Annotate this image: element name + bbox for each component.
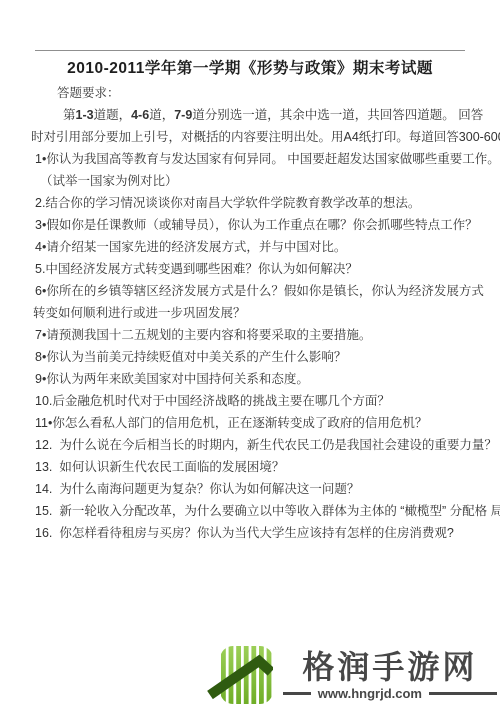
requirements-label: 答题要求： xyxy=(57,82,500,104)
question-line: 7•请预测我国十二五规划的主要内容和将要采取的主要措施。 xyxy=(35,324,500,346)
question-line: 1•你认为我国高等教育与发达国家有何异同。 中国要赶超发达国家做哪些重要工作。 xyxy=(35,148,500,170)
question-line: 10.后金融危机时代对于中国经济战略的挑战主要在哪几个方面？ xyxy=(35,390,500,412)
question-line: 13. 如何认识新生代农民工面临的发展困境？ xyxy=(35,456,500,478)
site-url-row: www.hngrjd.com xyxy=(283,686,497,701)
question-line: 8•你认为当前美元持续贬值对中美关系的产生什么影响？ xyxy=(35,346,500,368)
question-line: 5.中国经济发展方式转变遇到哪些困难？你认为如何解决？ xyxy=(35,258,500,280)
striped-house-logo-icon xyxy=(207,644,273,706)
requirement-line: 第1-3道题，4-6道，7-9道分别选一道，其余中选一道，共回答四道题。 回答 xyxy=(63,104,500,126)
question-list: 答题要求：第1-3道题，4-6道，7-9道分别选一道，其余中选一道，共回答四道题… xyxy=(31,82,500,544)
site-name: 格润手游网 xyxy=(302,649,477,685)
document-title: 2010-2011学年第一学期《形势与政策》期末考试题 xyxy=(0,56,500,78)
question-continuation-line: （试举一国家为例对比） xyxy=(40,170,500,192)
question-line: 9•你认为两年来欧美国家对中国持何关系和态度。 xyxy=(35,368,500,390)
question-line: 15. 新一轮收入分配改革，为什么要确立以中等收入群体为主体的 “橄榄型” 分配… xyxy=(35,500,500,522)
url-right-rule xyxy=(429,692,497,695)
question-line: 2.结合你的学习情况谈谈你对南昌大学软件学院教育教学改革的想法。 xyxy=(35,192,500,214)
document-page: 2010-2011学年第一学期《形势与政策》期末考试题 答题要求：第1-3道题，… xyxy=(0,0,500,708)
watermark-text-block: 格润手游网 www.hngrjd.com xyxy=(283,649,497,701)
top-divider xyxy=(35,50,465,51)
site-url: www.hngrjd.com xyxy=(318,686,422,701)
question-continuation-line: 转变如何顺利进行或进一步巩固发展？ xyxy=(33,302,500,324)
question-line: 12. 为什么说在今后相当长的时期内，新生代农民工仍是我国社会建设的重要力量？ xyxy=(35,434,500,456)
requirement-line: 时对引用部分要加上引号，对概括的内容要注明出处。用A4纸打印。每道回答300-6… xyxy=(31,126,500,148)
url-left-rule xyxy=(283,692,311,695)
question-line: 14. 为什么南海问题更为复杂？你认为如何解决这一问题？ xyxy=(35,478,500,500)
question-line: 3•假如你是任课教师（或辅导员），你认为工作重点在哪？你会抓哪些特点工作？ xyxy=(35,214,500,236)
question-line: 6•你所在的乡镇等辖区经济发展方式是什么？假如你是镇长，你认为经济发展方式 xyxy=(35,280,500,302)
question-line: 4•请介绍某一国家先进的经济发展方式，并与中国对比。 xyxy=(35,236,500,258)
question-line: 11•你怎么看私人部门的信用危机，正在逐渐转变成了政府的信用危机？ xyxy=(35,412,500,434)
site-watermark: 格润手游网 www.hngrjd.com xyxy=(207,644,497,706)
question-line: 16. 你怎样看待租房与买房？你认为当代大学生应该持有怎样的住房消费观? xyxy=(35,522,500,544)
